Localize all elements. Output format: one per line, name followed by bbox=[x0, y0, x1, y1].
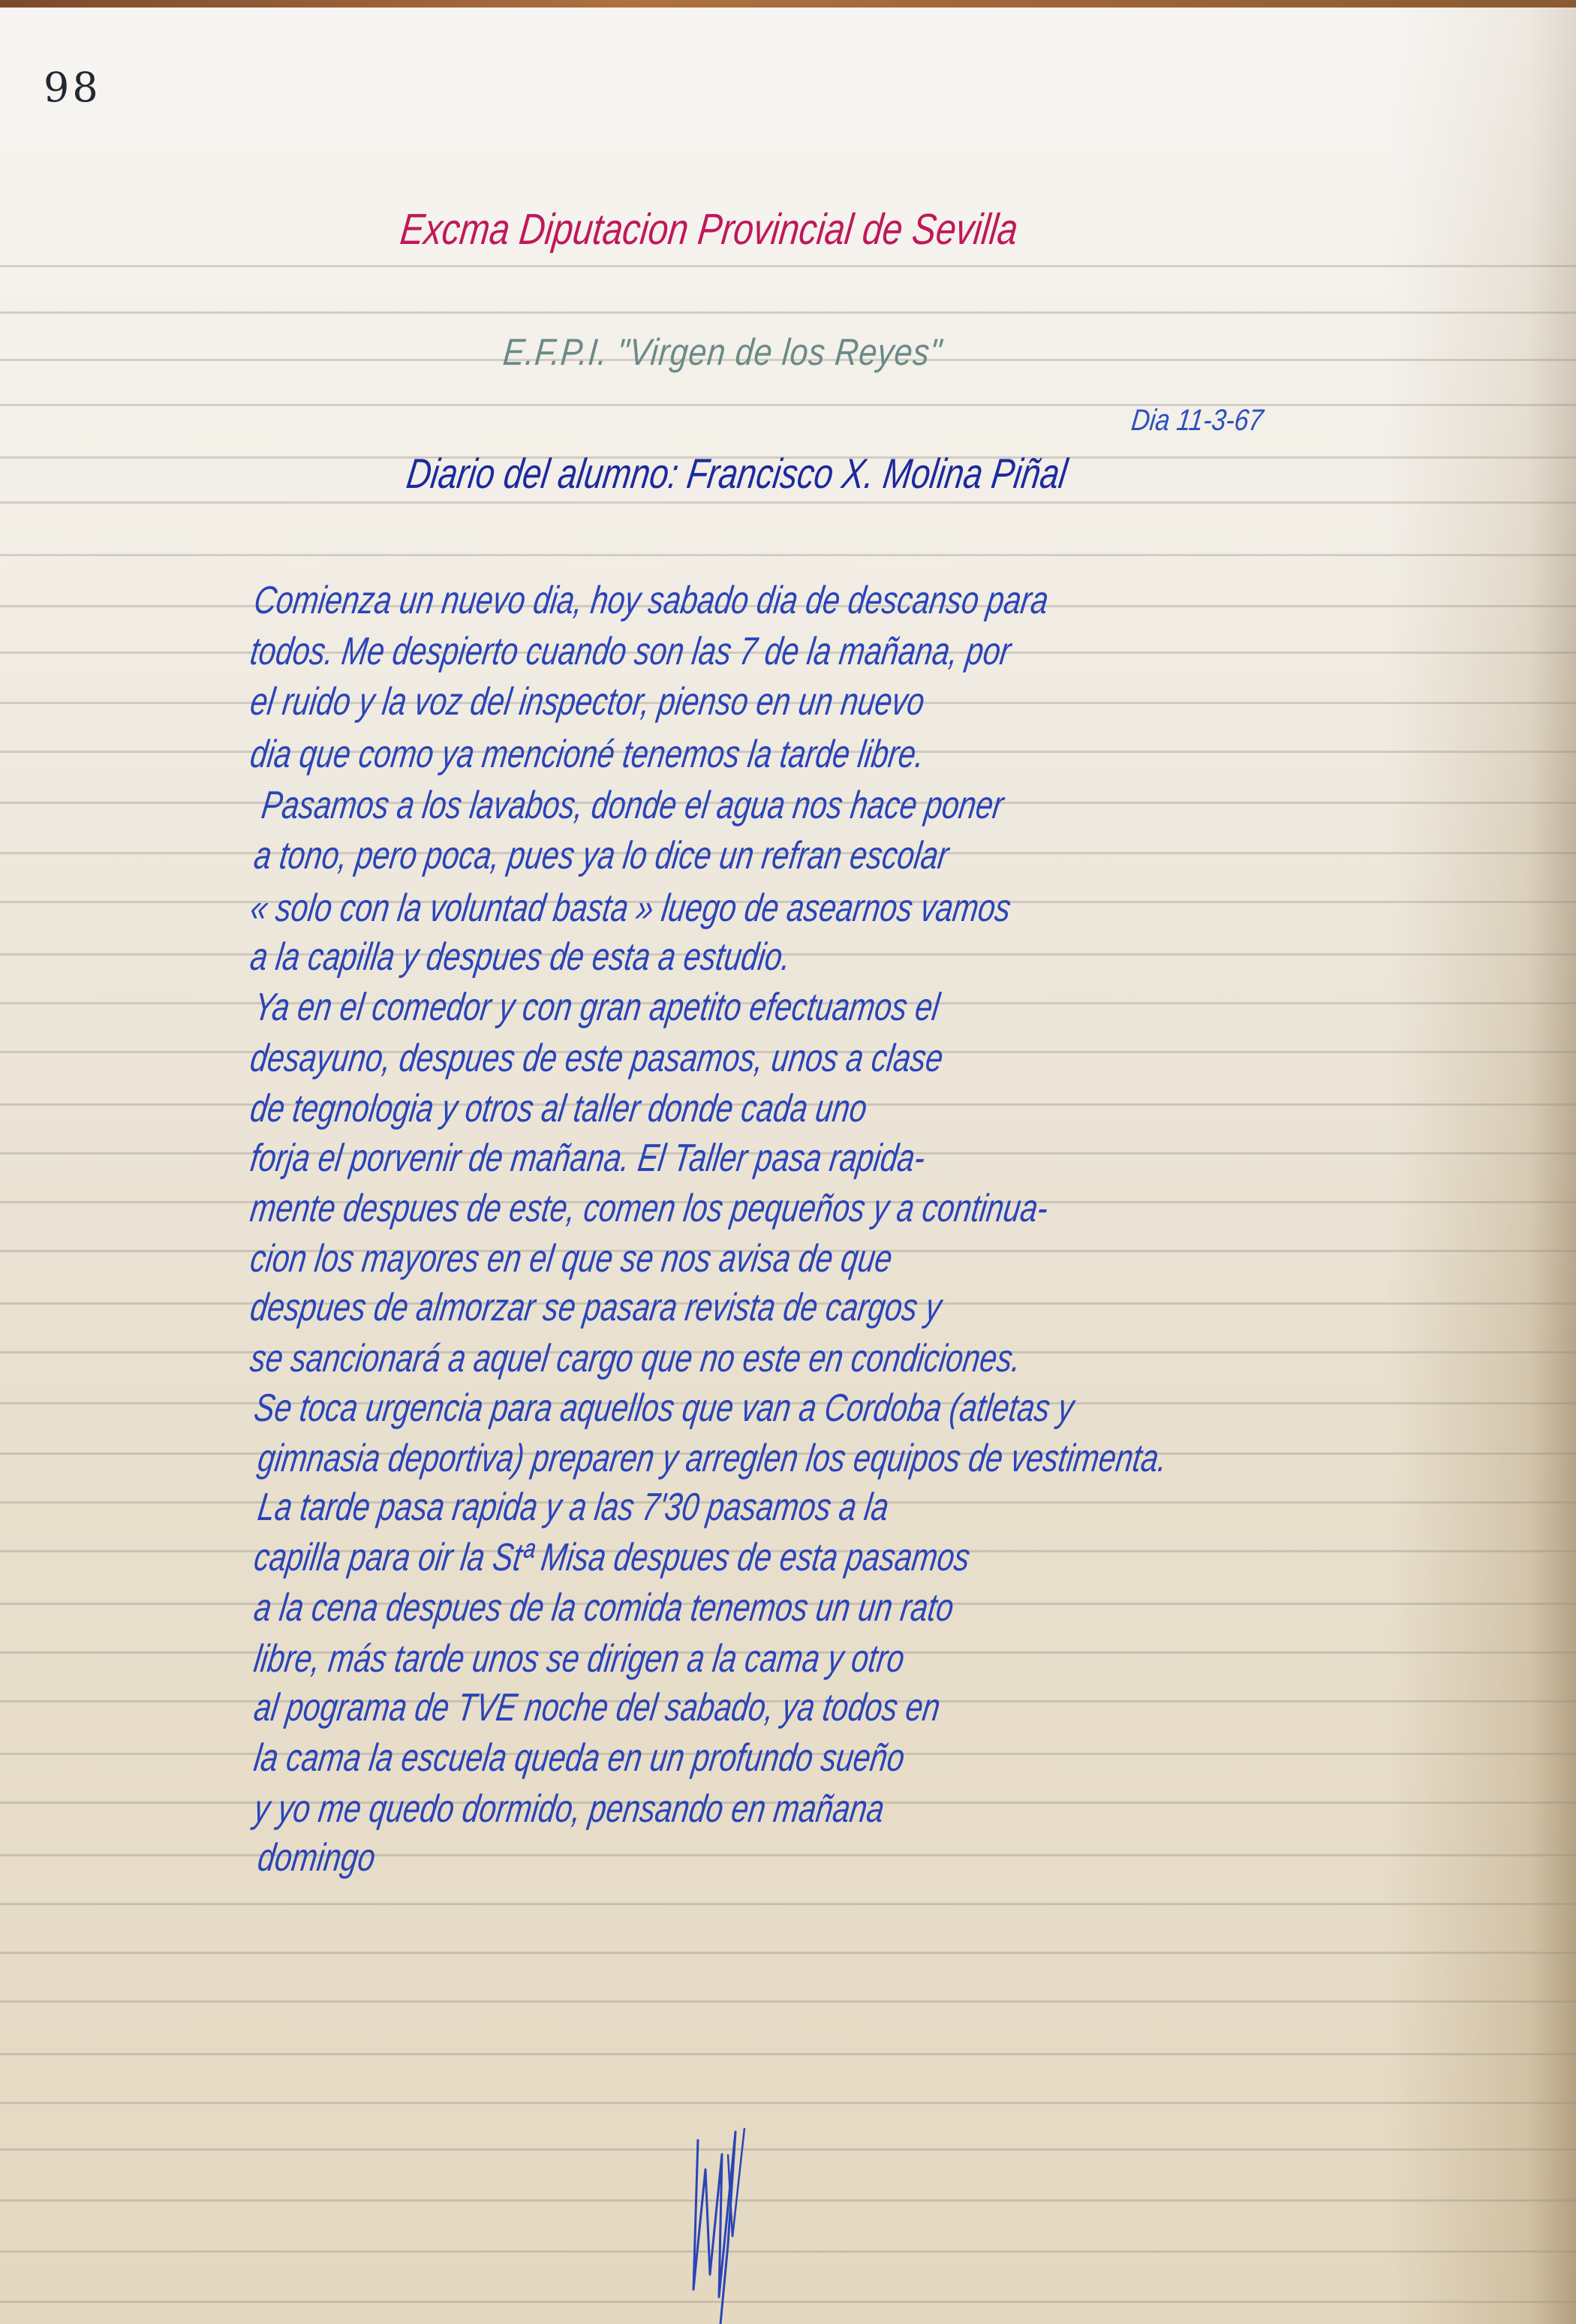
diary-line: Comienza un nuevo dia, hoy sabado dia de… bbox=[251, 578, 1051, 623]
ruled-line bbox=[0, 501, 1576, 504]
ruled-line bbox=[0, 554, 1576, 556]
diary-line: se sancionará a aquel cargo que no este … bbox=[248, 1336, 1024, 1381]
ruled-line bbox=[0, 2000, 1576, 2003]
diary-line: dia que como ya mencioné tenemos la tard… bbox=[248, 732, 928, 777]
diary-line: Pasamos a los lavabos, donde el agua nos… bbox=[259, 783, 1006, 828]
diary-line: cion los mayores en el que se nos avisa … bbox=[248, 1236, 895, 1281]
ruled-line bbox=[0, 265, 1576, 267]
school-name: E.F.P.I. "Virgen de los Reyes" bbox=[501, 330, 944, 374]
ruled-line bbox=[0, 1854, 1576, 1856]
institution-heading: Excma Diputacion Provincial de Sevilla bbox=[398, 204, 1021, 254]
diary-line: libre, más tarde unos se dirigen a la ca… bbox=[251, 1636, 907, 1681]
diary-line: y yo me quedo dormido, pensando en mañan… bbox=[251, 1787, 887, 1832]
ruled-line bbox=[0, 2250, 1576, 2253]
diary-line: a la capilla y despues de esta a estudio… bbox=[248, 935, 794, 980]
ruled-line bbox=[0, 404, 1576, 406]
diary-line: desayuno, despues de este pasamos, unos … bbox=[248, 1036, 946, 1081]
diary-line: gimnasia deportiva) preparen y arreglen … bbox=[255, 1436, 1170, 1481]
diary-line: capilla para oir la Stª Misa despues de … bbox=[251, 1535, 973, 1580]
diary-line: la cama la escuela queda en un profundo … bbox=[251, 1735, 907, 1781]
diary-line: a tono, pero poca, pues ya lo dice un re… bbox=[251, 833, 952, 878]
ruled-line bbox=[0, 1903, 1576, 1905]
diary-title: Diario del alumno: Francisco X. Molina P… bbox=[404, 449, 1070, 498]
diary-line: despues de almorzar se pasara revista de… bbox=[248, 1285, 944, 1330]
entry-date: Dia 11-3-67 bbox=[1129, 404, 1265, 438]
diary-line: Se toca urgencia para aquellos que van a… bbox=[251, 1386, 1077, 1431]
page-number: 98 bbox=[44, 64, 101, 111]
diary-line: a la cena despues de la comida tenemos u… bbox=[251, 1585, 956, 1630]
ruled-line bbox=[0, 312, 1576, 314]
diary-line: forja el porvenir de mañana. El Taller p… bbox=[248, 1136, 928, 1181]
ruled-line bbox=[0, 2053, 1576, 2055]
diary-line: « solo con la voluntad basta » luego de … bbox=[248, 886, 1014, 931]
ruled-line bbox=[0, 2199, 1576, 2202]
diary-line: La tarde pasa rapida y a las 7'30 pasamo… bbox=[255, 1485, 892, 1530]
diary-line: Ya en el comedor y con gran apetito efec… bbox=[251, 985, 943, 1030]
ruled-line bbox=[0, 2148, 1576, 2151]
notebook-top-edge bbox=[0, 0, 1576, 8]
diary-line: al pograma de TVE noche del sabado, ya t… bbox=[251, 1685, 943, 1730]
signature-icon bbox=[683, 2124, 788, 2324]
diary-line: el ruido y la voz del inspector, pienso … bbox=[248, 679, 928, 724]
diary-line: mente despues de este, comen los pequeño… bbox=[248, 1186, 1051, 1231]
diary-line: de tegnologia y otros al taller donde ca… bbox=[248, 1086, 870, 1131]
ruled-line bbox=[0, 1952, 1576, 1954]
diary-line: domingo bbox=[255, 1835, 378, 1880]
diary-line: todos. Me despierto cuando son las 7 de … bbox=[248, 629, 1014, 674]
ruled-line bbox=[0, 2102, 1576, 2104]
ruled-line bbox=[0, 2301, 1576, 2303]
